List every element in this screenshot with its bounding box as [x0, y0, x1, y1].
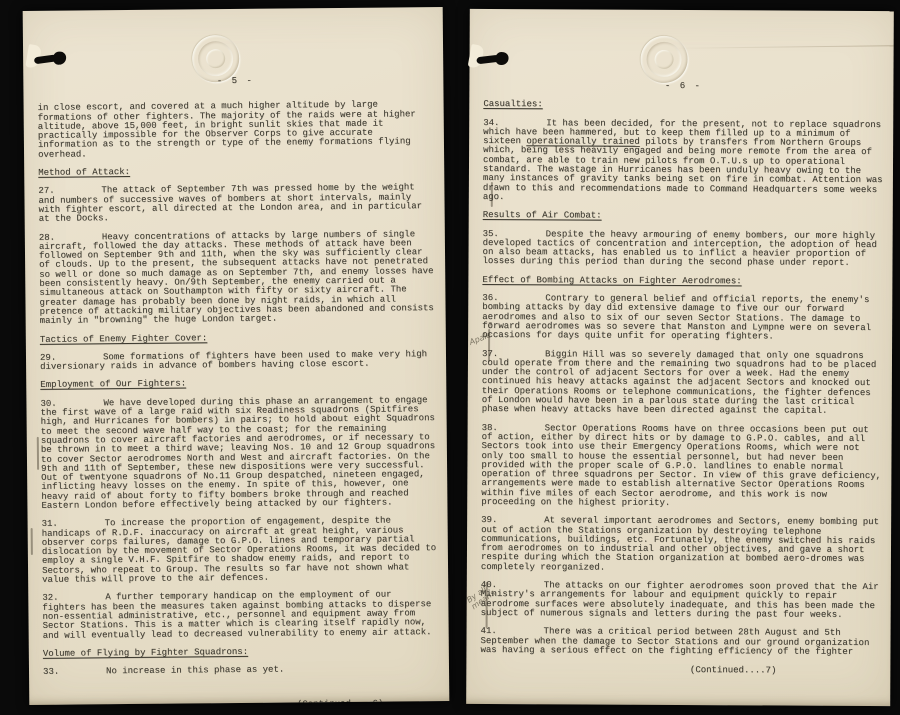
paragraph-text: pilots by transfers from Northern Groups…: [483, 137, 883, 202]
paragraph-35: 35.Despite the heavy armouring of enemy …: [482, 230, 882, 269]
paragraph-text: Sector Operations Rooms have on three oc…: [481, 423, 881, 508]
page-6: ? Apale By all means - 6 - Casualties: 3…: [466, 9, 894, 706]
paragraph-30: 30.We have developed during this phase a…: [40, 396, 437, 511]
paragraph-29: 29.Some formations of fighters have been…: [40, 350, 436, 372]
page-5-content: - 5 - in close escort, and covered at a …: [23, 7, 450, 705]
paragraph-33: 33.No increase in this phase as yet.: [43, 664, 439, 677]
intro-paragraph: in close escort, and covered at a much h…: [38, 100, 435, 160]
section-heading-effect-of-bombing: Effect of Bombing Attacks on Fighter Aer…: [482, 276, 882, 287]
section-heading-volume-of-flying: Volume of Flying by Fighter Squadrons:: [43, 646, 439, 659]
paragraph-text: Biggin Hill was so severely damaged that…: [482, 349, 877, 416]
paragraph-32: 32.A further temporary handicap on the e…: [42, 590, 438, 640]
section-heading-employment: Employment of Our Fighters:: [40, 378, 436, 391]
section-heading-tactics: Tactics of Enemy Fighter Cover:: [40, 332, 436, 345]
paragraph-text: in close escort, and covered at a much h…: [38, 100, 416, 160]
paragraph-28: 28.Heavy concentrations of attacks by la…: [39, 230, 436, 327]
paragraph-40: 40.The attacks on our fighter aerodromes…: [481, 581, 881, 620]
page-6-content: - 6 - Casualties: 34.It has been decided…: [466, 9, 894, 706]
paragraph-text: No increase in this phase as yet.: [106, 665, 284, 677]
paragraph-text: Heavy concentrations of attacks by large…: [39, 229, 434, 326]
paragraph-27: 27.The attack of September 7th was press…: [38, 183, 434, 224]
paragraph-34: 34.It has been decided, for the present,…: [483, 119, 883, 205]
continued-note: (Continued....7): [480, 665, 880, 676]
paragraph-number: 33.: [43, 667, 106, 677]
paragraph-text: At several important aerodromes and Sect…: [481, 516, 879, 573]
page-5: - 5 - in close escort, and covered at a …: [23, 7, 450, 705]
page-number: - 5 -: [37, 75, 433, 88]
paragraph-41: 41.There was a critical period between 2…: [480, 627, 880, 657]
paragraph-37: 37.Biggin Hill was so severely damaged t…: [482, 349, 882, 416]
page-number: - 6 -: [483, 81, 883, 92]
section-heading-method-of-attack: Method of Attack:: [38, 165, 434, 178]
paragraph-36: 36.Contrary to general belief and offici…: [482, 294, 882, 343]
paragraph-39: 39.At several important aerodromes and S…: [481, 516, 881, 574]
document-photo: - 5 - in close escort, and covered at a …: [0, 0, 900, 715]
continued-note: (Continued....6): [43, 700, 439, 705]
paragraph-31: 31.To increase the proportion of engagem…: [42, 516, 439, 585]
paragraph-38: 38.Sector Operations Rooms have on three…: [481, 424, 881, 510]
section-heading-results-of-air-combat: Results of Air Combat:: [483, 211, 883, 222]
paragraph-text: We have developed during this phase an a…: [40, 395, 435, 511]
section-heading-casualties: Casualties:: [483, 100, 883, 111]
